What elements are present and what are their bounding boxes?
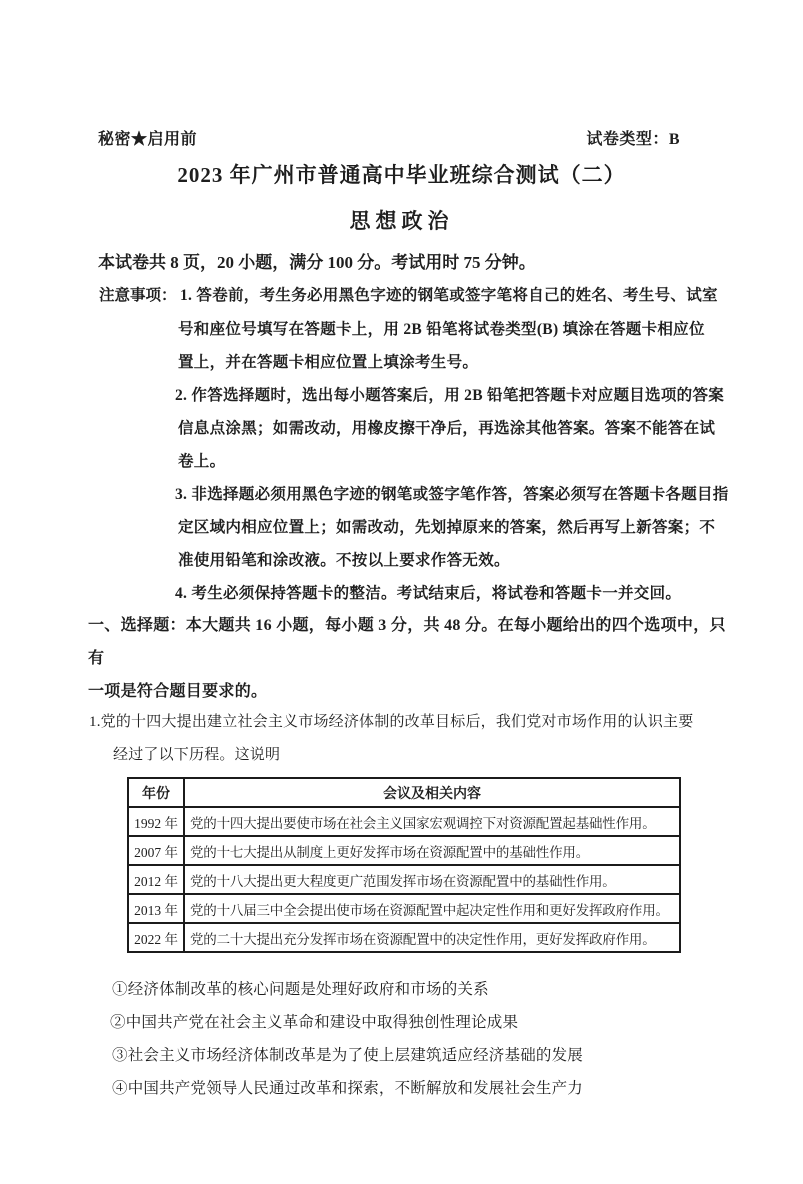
year-cell: 2022 年 <box>128 923 184 952</box>
option-2: ②中国共产党在社会主义革命和建设中取得独创性理论成果 <box>110 1013 518 1032</box>
year-cell: 2013 年 <box>128 894 184 923</box>
option-1: ①经济体制改革的核心问题是处理好政府和市场的关系 <box>112 980 489 999</box>
table-row: 2013 年 党的十八届三中全会提出使市场在资源配置中起决定性作用和更好发挥政府… <box>128 894 680 923</box>
classification-label: 秘密★启用前 <box>98 130 197 150</box>
notice-item2-line3: 卷上。 <box>178 452 225 471</box>
content-cell: 党的十七大提出从制度上更好发挥市场在资源配置中的基础性作用。 <box>184 836 680 865</box>
table-row: 2022 年 党的二十大提出充分发挥市场在资源配置中的决定性作用，更好发挥政府作… <box>128 923 680 952</box>
notice-item4-line1: 4. 考生必须保持答题卡的整洁。考试结束后，将试卷和答题卡一并交回。 <box>175 584 681 603</box>
year-cell: 2012 年 <box>128 865 184 894</box>
content-cell: 党的十四大提出要使市场在社会主义国家宏观调控下对资源配置起基础性作用。 <box>184 807 680 836</box>
year-cell: 1992 年 <box>128 807 184 836</box>
content-cell: 党的十八大提出更大程度更广范围发挥市场在资源配置中的基础性作用。 <box>184 865 680 894</box>
table-header-row: 年份 会议及相关内容 <box>128 778 680 807</box>
paper-title: 2023 年广州市普通高中毕业班综合测试（二） <box>0 162 803 188</box>
question1-line2: 经过了以下历程。这说明 <box>113 746 280 765</box>
notice-item2-line1: 2. 作答选择题时，选出每小题答案后，用 2B 铅笔把答题卡对应题目选项的答案 <box>175 386 724 405</box>
content-cell: 党的十八届三中全会提出使市场在资源配置中起决定性作用和更好发挥政府作用。 <box>184 894 680 923</box>
notice-item1-line1: 1. 答卷前，考生务必用黑色字迹的钢笔或签字笔将自己的姓名、考生号、试室 <box>180 286 718 305</box>
option-3: ③社会主义市场经济体制改革是为了使上层建筑适应经济基础的发展 <box>112 1046 583 1065</box>
table-row: 2007 年 党的十七大提出从制度上更好发挥市场在资源配置中的基础性作用。 <box>128 836 680 865</box>
question1-line1: 1.党的十四大提出建立社会主义市场经济体制的改革目标后，我们党对市场作用的认识主… <box>89 713 693 732</box>
section1-heading-line3: 一项是符合题目要求的。 <box>88 682 267 702</box>
table-header-content: 会议及相关内容 <box>184 778 680 807</box>
notice-item3-line2: 定区域内相应位置上；如需改动，先划掉原来的答案，然后再写上新答案；不 <box>178 518 715 537</box>
year-cell: 2007 年 <box>128 836 184 865</box>
notice-item3-line3: 准使用铅笔和涂改液。不按以上要求作答无效。 <box>178 551 510 570</box>
notice-item3-line1: 3. 非选择题必须用黑色字迹的钢笔或签字笔作答，答案必须写在答题卡各题目指 <box>175 485 729 504</box>
table-header-year: 年份 <box>128 778 184 807</box>
exam-summary: 本试卷共 8 页，20 小题，满分 100 分。考试用时 75 分钟。 <box>98 252 536 273</box>
notice-label: 注意事项： <box>99 286 177 305</box>
option-4: ④中国共产党领导人民通过改革和探索，不断解放和发展社会生产力 <box>112 1079 583 1098</box>
content-cell: 党的二十大提出充分发挥市场在资源配置中的决定性作用，更好发挥政府作用。 <box>184 923 680 952</box>
exam-paper-page: 秘密★启用前 试卷类型：B 2023 年广州市普通高中毕业班综合测试（二） 思想… <box>0 0 803 1184</box>
paper-type-label: 试卷类型：B <box>586 130 680 150</box>
section1-heading-line1: 一、选择题：本大题共 16 小题，每小题 3 分，共 48 分。在每小题给出的四… <box>88 616 726 636</box>
notice-item1-line3: 置上，并在答题卡相应位置上填涂考生号。 <box>178 353 478 372</box>
table-row: 2012 年 党的十八大提出更大程度更广范围发挥市场在资源配置中的基础性作用。 <box>128 865 680 894</box>
section1-heading-line2: 有 <box>88 649 104 669</box>
notice-item1-line2: 号和座位号填写在答题卡上，用 2B 铅笔将试卷类型(B) 填涂在答题卡相应位 <box>178 320 705 339</box>
subject-title: 思想政治 <box>0 208 803 234</box>
meeting-table: 年份 会议及相关内容 1992 年 党的十四大提出要使市场在社会主义国家宏观调控… <box>127 777 681 953</box>
notice-item2-line2: 信息点涂黑；如需改动，用橡皮擦干净后，再选涂其他答案。答案不能答在试 <box>178 419 715 438</box>
table-row: 1992 年 党的十四大提出要使市场在社会主义国家宏观调控下对资源配置起基础性作… <box>128 807 680 836</box>
